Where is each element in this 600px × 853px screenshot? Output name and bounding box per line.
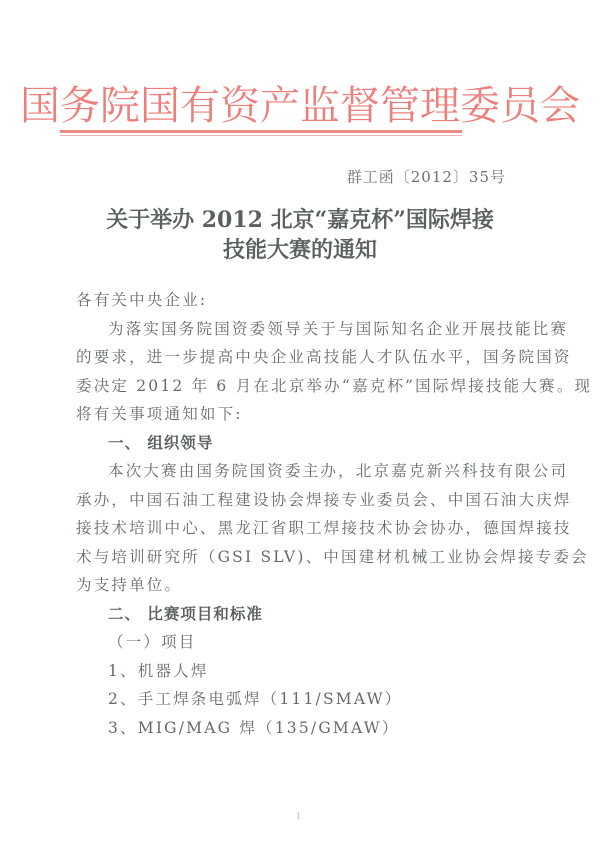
paragraph-line: 为支持单位。 [76,571,534,600]
paragraph-line: 为落实国务院国资委领导关于与国际知名企业开展技能比赛 [76,315,534,344]
paragraph-line: 将有关事项通知如下: [76,400,534,429]
document-body: 各有关中央企业: 为落实国务院国资委领导关于与国际知名企业开展技能比赛 的要求，… [76,286,534,742]
paragraph-line: 承办，中国石油工程建设协会焊接专业委员会、中国石油大庆焊 [76,486,534,515]
letterhead-red-rule-thin [60,135,462,136]
page-number: 1 [296,812,301,821]
title-line-2: 技能大赛的通知 [0,235,600,265]
title-line-1: 关于举办 2012 北京“嘉克杯”国际焊接 [0,205,600,235]
paragraph-line: 委决定 2012 年 6 月在北京举办“嘉克杯”国际焊接技能大赛。现 [76,372,534,401]
paragraph-line: 的要求，进一步提高中央企业高技能人才队伍水平，国务院国资 [76,343,534,372]
section-heading-2: 二、 比赛项目和标准 [76,600,534,629]
letterhead-red-rule [60,130,462,133]
letterhead-organization: 国务院国有资产监督管理委员会 [0,80,600,132]
paragraph-line: 本次大赛由国务院国资委主办，北京嘉克新兴科技有限公司 [76,457,534,486]
list-item: 3、MIG/MAG 焊（135/GMAW） [76,714,534,743]
list-item: 2、手工焊条电弧焊（111/SMAW） [76,685,534,714]
subsection-heading: （一）项目 [76,628,534,657]
document-number: 群工函〔2012〕35号 [347,166,506,187]
paragraph-line: 术与培训研究所（GSI SLV)、中国建材机械工业协会焊接专委会 [76,543,534,572]
list-item: 1、机器人焊 [76,657,534,686]
section-heading-1: 一、 组织领导 [76,429,534,458]
paragraph-line: 接技术培训中心、黑龙江省职工焊接技术协会协办，德国焊接技 [76,514,534,543]
salutation: 各有关中央企业: [76,286,534,315]
document-title: 关于举办 2012 北京“嘉克杯”国际焊接 技能大赛的通知 [0,205,600,265]
